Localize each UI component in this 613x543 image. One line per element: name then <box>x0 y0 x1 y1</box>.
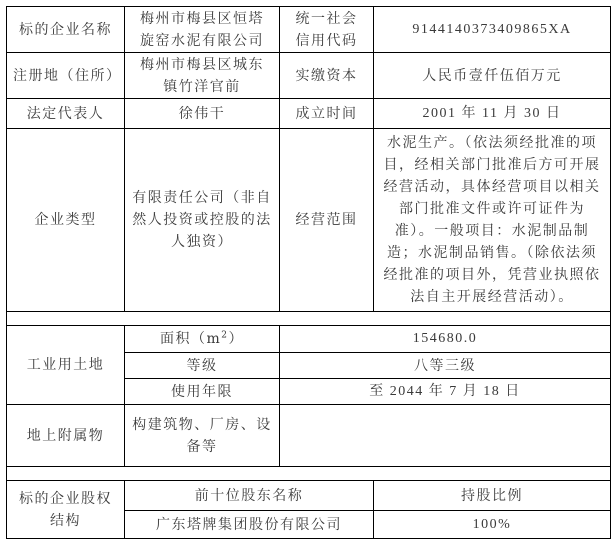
land-term-label: 使用年限 <box>125 379 280 405</box>
spacer-row <box>7 312 611 326</box>
established-label: 成立时间 <box>280 99 374 129</box>
enterprise-info-table: 标的企业名称 梅州市梅县区恒塔旋窑水泥有限公司 统一社会信用代码 9144140… <box>6 6 611 539</box>
equity-label: 标的企业股权结构 <box>7 481 125 539</box>
business-scope-label: 经营范围 <box>280 129 374 312</box>
land-grade-value: 八等三级 <box>280 353 611 379</box>
company-name-value: 梅州市梅县区恒塔旋窑水泥有限公司 <box>125 7 280 53</box>
land-grade-label: 等级 <box>125 353 280 379</box>
company-type-value: 有限责任公司（非自然人投资或控股的法人独资） <box>125 129 280 312</box>
blank-cell <box>7 312 611 326</box>
credit-code-value: 9144140373409865XA <box>374 7 611 53</box>
table-row: 注册地（住所） 梅州市梅县区城东镇竹洋官前 实缴资本 人民币壹仟伍佰万元 <box>7 53 611 99</box>
company-name-label: 标的企业名称 <box>7 7 125 53</box>
blank-cell <box>7 467 611 481</box>
table-row: 法定代表人 徐伟干 成立时间 2001 年 11 月 30 日 <box>7 99 611 129</box>
shareholder-ratio: 100% <box>374 511 611 539</box>
legal-rep-value: 徐伟干 <box>125 99 280 129</box>
table-row: 标的企业股权结构 前十位股东名称 持股比例 <box>7 481 611 511</box>
company-type-label: 企业类型 <box>7 129 125 312</box>
attachments-value: 构建筑物、厂房、设备等 <box>125 405 280 467</box>
credit-code-label: 统一社会信用代码 <box>280 7 374 53</box>
shareholder-ratio-header: 持股比例 <box>374 481 611 511</box>
business-scope-value: 水泥生产。（依法须经批准的项目，经相关部门批准后方可开展经营活动，具体经营项目以… <box>374 129 611 312</box>
legal-rep-label: 法定代表人 <box>7 99 125 129</box>
attachments-label: 地上附属物 <box>7 405 125 467</box>
shareholder-name: 广东塔牌集团股份有限公司 <box>125 511 374 539</box>
paid-capital-label: 实缴资本 <box>280 53 374 99</box>
shareholder-name-header: 前十位股东名称 <box>125 481 374 511</box>
table-row: 企业类型 有限责任公司（非自然人投资或控股的法人独资） 经营范围 水泥生产。（依… <box>7 129 611 312</box>
table-row: 工业用土地 面积（m2） 154680.0 <box>7 326 611 353</box>
table-row: 地上附属物 构建筑物、厂房、设备等 <box>7 405 611 467</box>
table-row: 标的企业名称 梅州市梅县区恒塔旋窑水泥有限公司 统一社会信用代码 9144140… <box>7 7 611 53</box>
registered-address-label: 注册地（住所） <box>7 53 125 99</box>
spacer-row <box>7 467 611 481</box>
land-label: 工业用土地 <box>7 326 125 405</box>
land-term-value: 至 2044 年 7 月 18 日 <box>280 379 611 405</box>
registered-address-value: 梅州市梅县区城东镇竹洋官前 <box>125 53 280 99</box>
established-value: 2001 年 11 月 30 日 <box>374 99 611 129</box>
paid-capital-value: 人民币壹仟伍佰万元 <box>374 53 611 99</box>
land-area-value: 154680.0 <box>280 326 611 353</box>
attachments-blank <box>280 405 611 467</box>
land-area-label: 面积（m2） <box>125 326 280 353</box>
